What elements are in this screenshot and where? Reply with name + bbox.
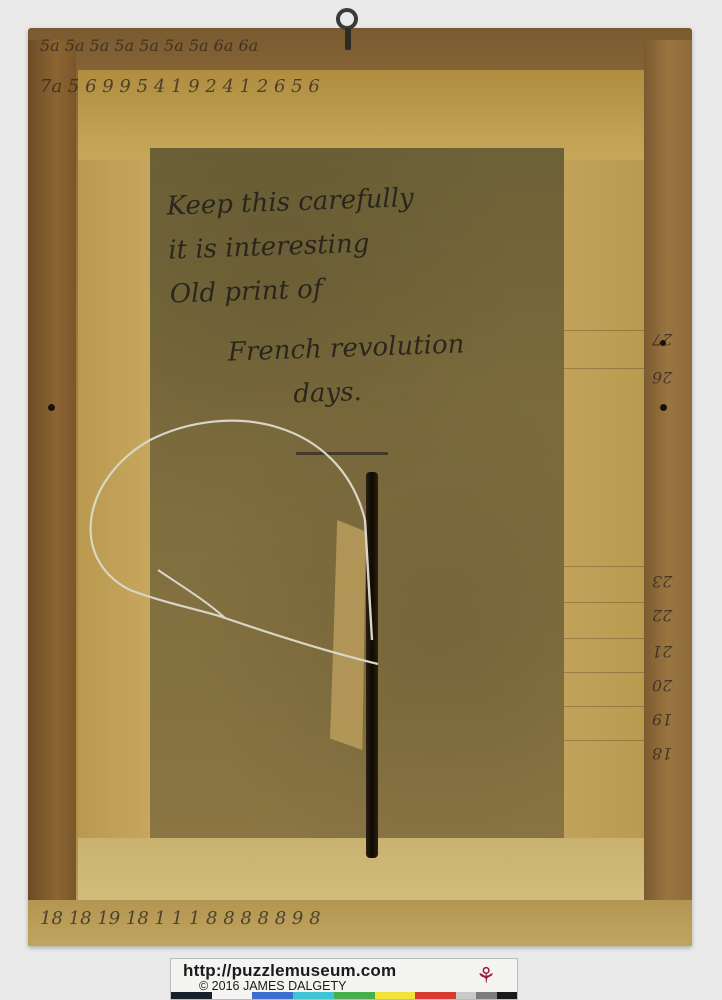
color-swatch	[171, 992, 212, 999]
color-swatch	[334, 992, 375, 999]
museum-url[interactable]: http://puzzlemuseum.com	[183, 961, 396, 981]
color-swatch	[456, 992, 476, 999]
color-swatch	[476, 992, 496, 999]
nail-hole	[48, 404, 55, 411]
framed-print-back-photo: 5a 5a 5a 5a 5a 5a 5a 6a 6a 7a 5 6 9 9 5 …	[0, 0, 722, 1000]
color-swatch	[252, 992, 293, 999]
color-swatch	[212, 992, 253, 999]
color-swatch	[375, 992, 416, 999]
nail-hole	[660, 404, 667, 411]
museum-label-card: http://puzzlemuseum.com © 2016 JAMES DAL…	[170, 958, 518, 1000]
hanging-hook-icon	[336, 8, 358, 30]
color-swatch	[497, 992, 517, 999]
color-swatch	[293, 992, 334, 999]
hook-stem	[345, 28, 351, 50]
hanging-string	[0, 0, 722, 1000]
dragon-logo-icon: ⚘	[473, 963, 499, 989]
copyright-text: © 2016 JAMES DALGETY	[199, 979, 346, 993]
color-calibration-strip	[171, 992, 517, 999]
nail-hole	[660, 340, 666, 346]
color-swatch	[415, 992, 456, 999]
